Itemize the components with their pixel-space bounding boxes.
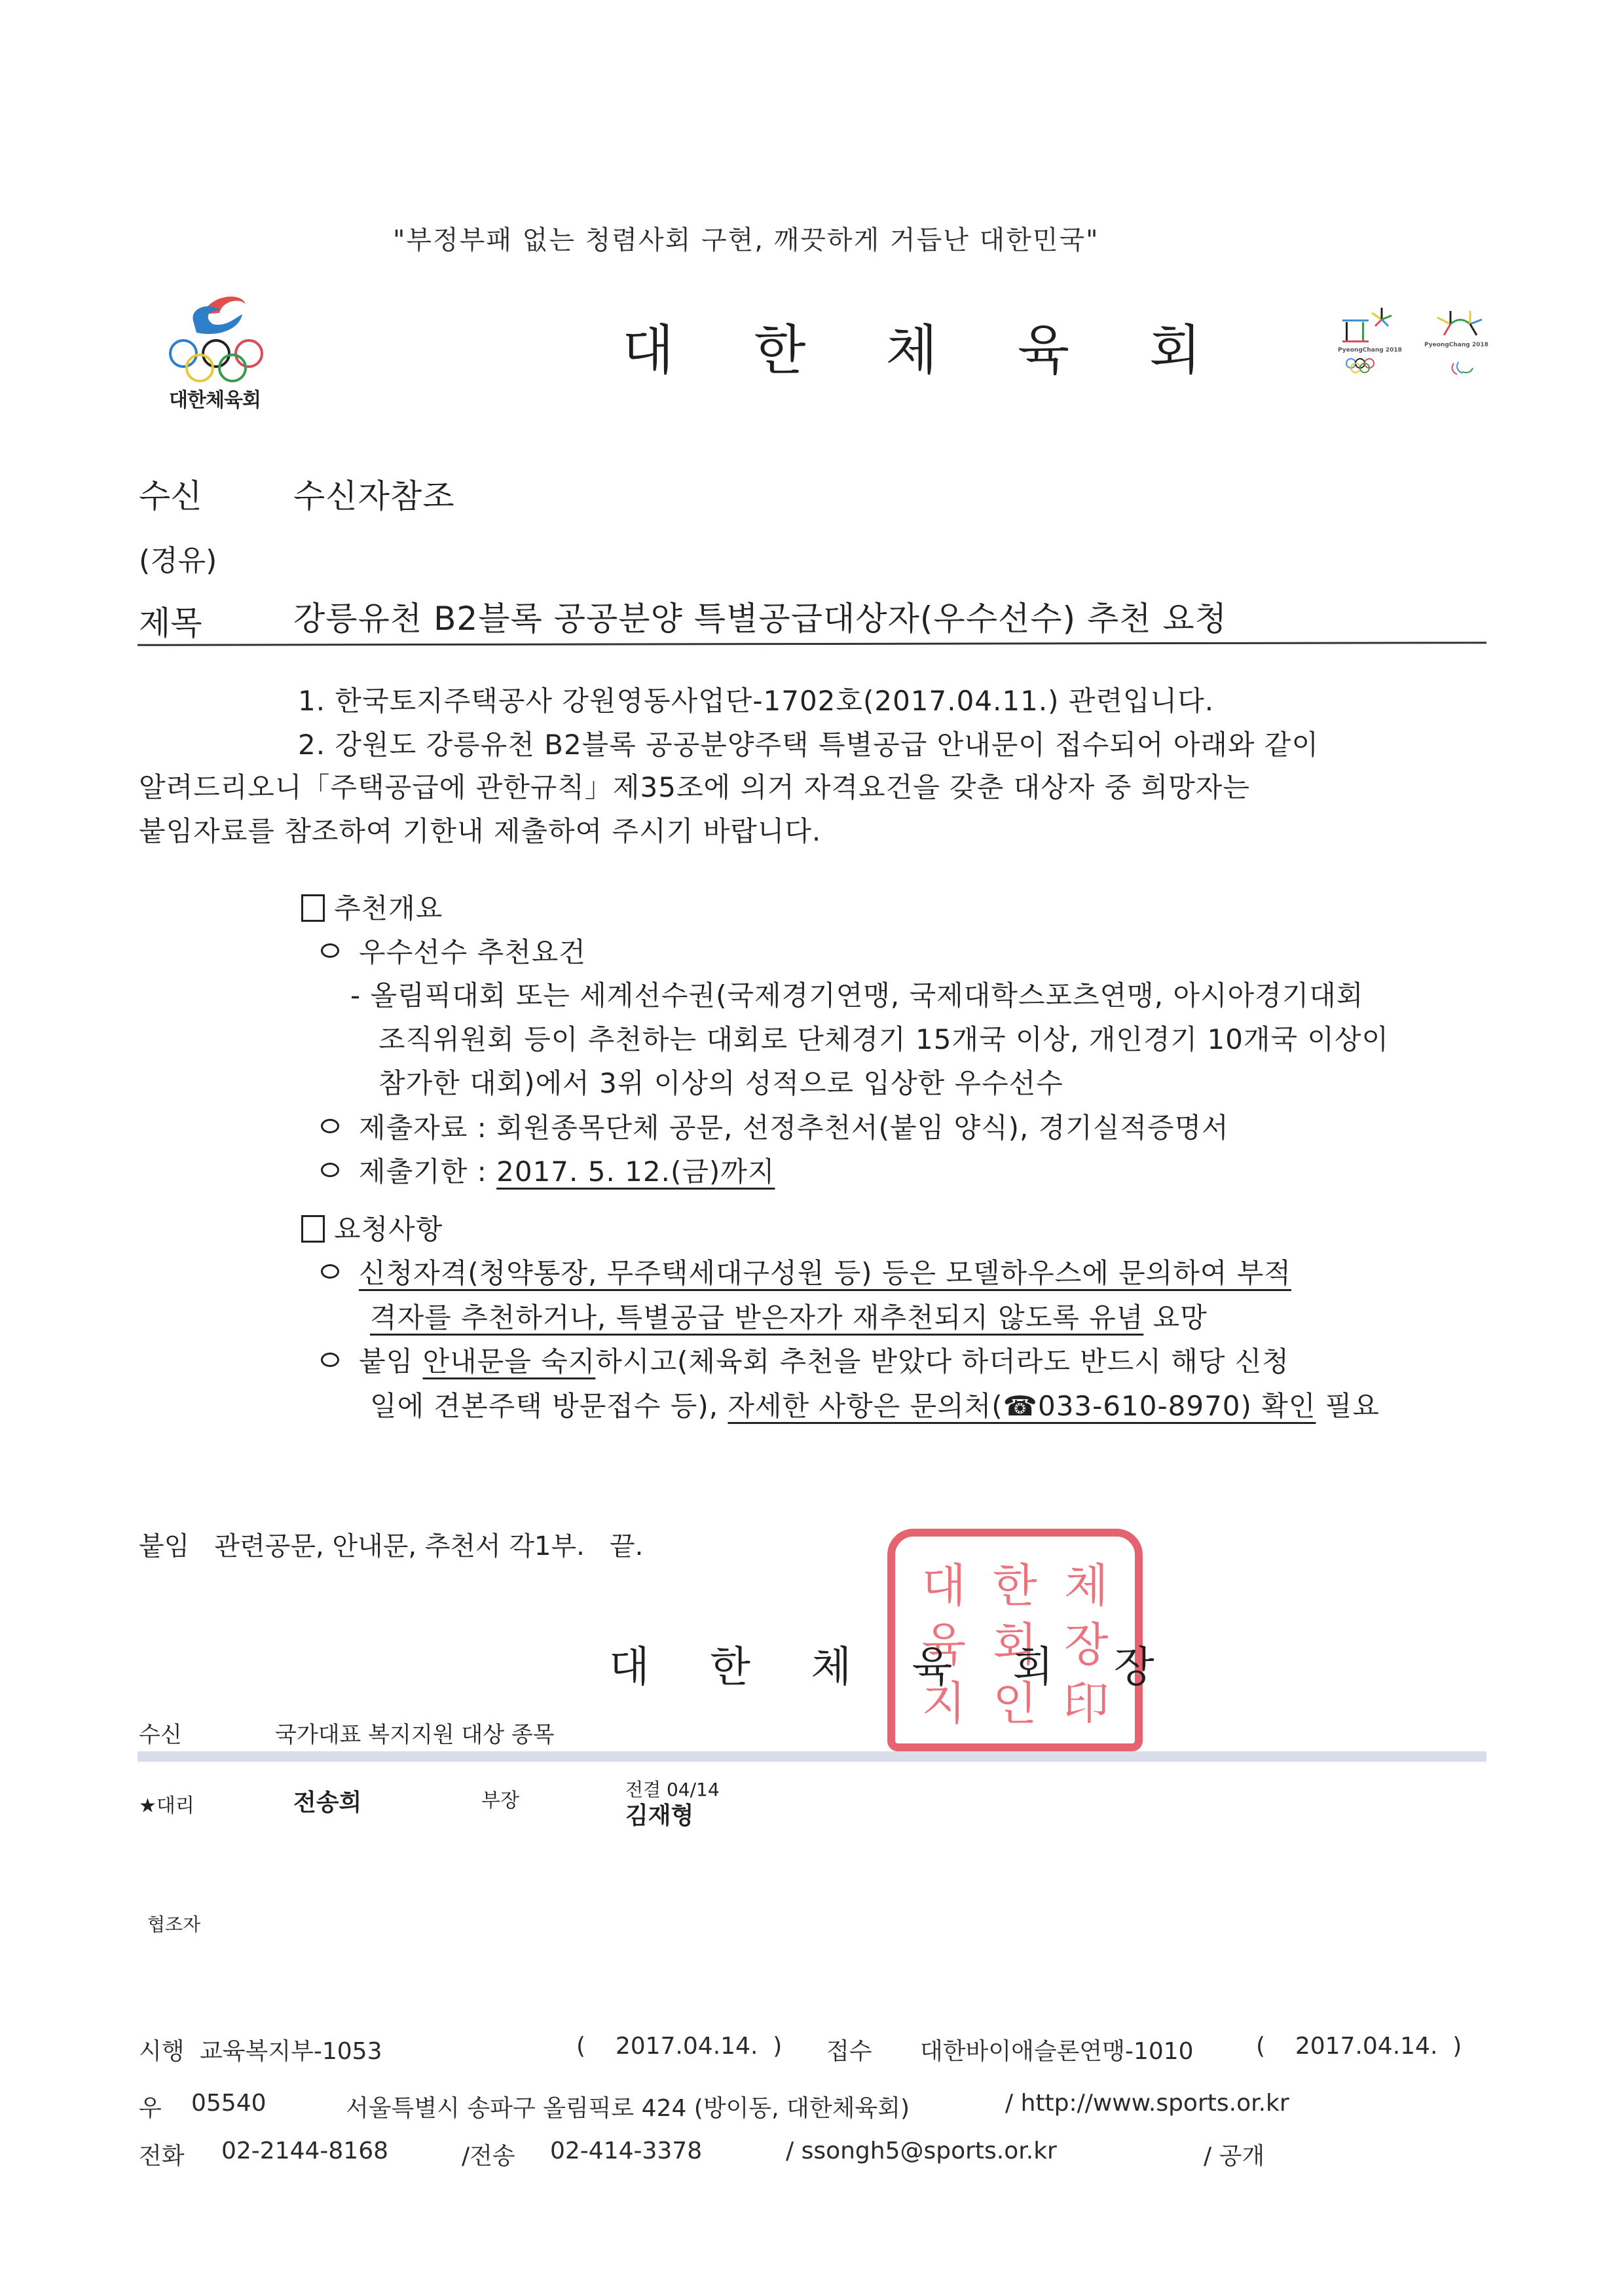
fax-number: 02-414-3378 <box>550 2138 702 2164</box>
submission-materials: 제출자료 : 회원종목단체 공문, 선정추천서(붙임 양식), 경기실적증명서 <box>321 1106 1229 1146</box>
section-title: 요청사항 <box>334 1213 443 1245</box>
recipient-value: 수신자참조 <box>293 470 455 517</box>
seal-char: 체 <box>1050 1556 1122 1615</box>
section-requests: 요청사항 <box>301 1208 443 1247</box>
deadline-label: 제출기한 : <box>359 1156 496 1188</box>
bullet-circle-icon <box>321 1119 339 1133</box>
request-item-2-line-2: 일에 견본주택 방문접수 등), 자세한 사항은 문의처(☎033-610-89… <box>370 1385 1380 1424</box>
pyeongchang-emblem-icon <box>1333 301 1490 380</box>
requirement-title: 우수선수 추천요건 <box>359 936 586 968</box>
enforcement-doc-number: 교육복지부-1053 <box>200 2033 382 2066</box>
request-item-1-line-1: 신청자격(청약통장, 무주택세대구성원 등) 등은 모델하우스에 문의하여 부적 <box>321 1252 1291 1291</box>
checkbox-square-icon <box>301 894 325 922</box>
paragraph-2-line-2: 알려드리오니「주택공급에 관한규칙」제35조에 의거 자격요건을 갖춘 대상자 … <box>139 766 1250 805</box>
address: 서울특별시 송파구 올림픽로 424 (방이동, 대한체육회) <box>346 2090 910 2123</box>
paragraph-1: 1. 한국토지주택공사 강원영동사업단-1702호(2017.04.11.) 관… <box>298 680 1214 719</box>
receipt-date: ( 2017.04.14. ) <box>1256 2033 1462 2060</box>
request-1-underlined: 격자를 추천하거나, 특별공급 받은자가 재추천되지 않도록 유념 <box>370 1302 1143 1334</box>
email-link[interactable]: / ssongh5@sports.or.kr <box>786 2138 1057 2164</box>
organization-title: 대 한 체 육 회 <box>622 308 1232 384</box>
paragraph-2-line-1: 2. 강원도 강릉유천 B2블록 공공분양주택 특별공급 안내문이 접수되어 아… <box>298 723 1319 763</box>
via-label: (경유) <box>139 537 217 579</box>
requirement-detail-line-1: - 올림픽대회 또는 세계선수권(국제경기연맹, 국제대학스포츠연맹, 아시아경… <box>350 974 1363 1013</box>
taeguk-olympic-rings-icon <box>164 288 275 386</box>
contact-phone-underlined: 자세한 사항은 문의처(☎033-610-8970) 확인 <box>728 1390 1316 1422</box>
postal-label: 우 <box>139 2090 162 2123</box>
request-item-2-line-1: 붙임 안내문을 숙지하시고(체육회 추천을 받았다 하더라도 반드시 해당 신청 <box>321 1340 1289 1379</box>
phone-label: 전화 <box>139 2138 185 2171</box>
bullet-circle-icon <box>321 1264 339 1279</box>
pyeongchang-paralympic-label: PyeongChang 2018 <box>1424 342 1488 348</box>
subject-divider <box>138 642 1486 646</box>
request-2-prefix: 붙임 <box>359 1345 423 1377</box>
enforcement-label: 시행 <box>139 2033 185 2066</box>
drafter-role: ★대리 <box>139 1789 194 1818</box>
postal-code: 05540 <box>191 2090 267 2117</box>
enforcement-date: ( 2017.04.14. ) <box>576 2033 782 2060</box>
signature-title: 대 한 체 육 회 장 <box>609 1633 1178 1694</box>
deadline-value: 2017. 5. 12.(금)까지 <box>496 1156 775 1188</box>
submission-deadline: 제출기한 : 2017. 5. 12.(금)까지 <box>321 1150 775 1190</box>
bullet-circle-icon <box>321 943 339 958</box>
paragraph-2-line-3: 붙임자료를 참조하여 기한내 제출하여 주시기 바랍니다. <box>139 810 821 849</box>
submission-materials-text: 제출자료 : 회원종목단체 공문, 선정추천서(붙임 양식), 경기실적증명서 <box>359 1112 1229 1144</box>
pyeongchang-olympic-label: PyeongChang 2018 <box>1338 347 1402 354</box>
section-title: 추천개요 <box>334 892 443 924</box>
motto: "부정부패 없는 청렴사회 구현, 깨끗하게 거듭난 대한민국" <box>393 219 1099 257</box>
subject-label: 제목 <box>139 597 202 644</box>
request-2-rest: 하시고(체육회 추천을 받았다 하더라도 반드시 해당 신청 <box>595 1345 1289 1377</box>
logo-label: 대한체육회 <box>169 384 261 412</box>
requirement-detail-line-2: 조직위원회 등이 추천하는 대회로 단체경기 15개국 이상, 개인경기 10개… <box>378 1018 1389 1057</box>
separator-band <box>138 1751 1486 1762</box>
bullet-circle-icon <box>321 1353 339 1367</box>
distribution-label: 수신 <box>139 1717 182 1749</box>
receipt-label: 접수 <box>826 2033 872 2066</box>
requirement-detail-line-3: 참가한 대회)에서 3위 이상의 성적으로 입상한 우수선수 <box>378 1062 1063 1101</box>
receipt-doc-number: 대한바이애슬론연맹-1010 <box>920 2033 1194 2066</box>
request-2-line2-rest: 필요 <box>1316 1390 1380 1422</box>
fax-label: /전송 <box>462 2138 515 2171</box>
section-recommendation-overview: 추천개요 <box>301 887 443 926</box>
drafter-name: 전송희 <box>293 1784 361 1817</box>
seal-char: 한 <box>980 1556 1051 1615</box>
request-2-underlined: 안내문을 숙지 <box>423 1345 596 1377</box>
subject-value: 강릉유천 B2블록 공공분양 특별공급대상자(우수선수) 추천 요청 <box>293 592 1227 640</box>
kspo-logo: 대한체육회 <box>164 288 275 412</box>
website-link[interactable]: / http://www.sports.or.kr <box>1005 2090 1289 2117</box>
request-1-rest: 요망 <box>1143 1302 1208 1334</box>
disclosure-status: / 공개 <box>1204 2138 1264 2171</box>
attachment-line: 붙임 관련공문, 안내문, 추천서 각1부. 끝. <box>139 1525 643 1563</box>
recipient-label: 수신 <box>139 470 202 517</box>
request-1-text: 신청자격(청약통장, 무주택세대구성원 등) 등은 모델하우스에 문의하여 부적 <box>359 1257 1291 1289</box>
requirement-item: 우수선수 추천요건 <box>321 931 586 970</box>
cooperator-label: 협조자 <box>147 1910 200 1937</box>
checkbox-square-icon <box>301 1215 325 1243</box>
request-2-line2-prefix: 일에 견본주택 방문접수 등), <box>370 1390 728 1422</box>
bullet-circle-icon <box>321 1163 339 1177</box>
pyeongchang-logos: PyeongChang 2018 PyeongChang 2018 <box>1333 301 1490 380</box>
approver-role: 부장 <box>481 1784 519 1813</box>
seal-char: 대 <box>908 1556 980 1615</box>
approver-name: 김재형 <box>625 1797 693 1831</box>
distribution-value: 국가대표 복지지원 대상 종목 <box>275 1717 555 1749</box>
phone-number: 02-2144-8168 <box>221 2138 388 2164</box>
request-item-1-line-2: 격자를 추천하거나, 특별공급 받은자가 재추천되지 않도록 유념 요망 <box>370 1296 1208 1336</box>
